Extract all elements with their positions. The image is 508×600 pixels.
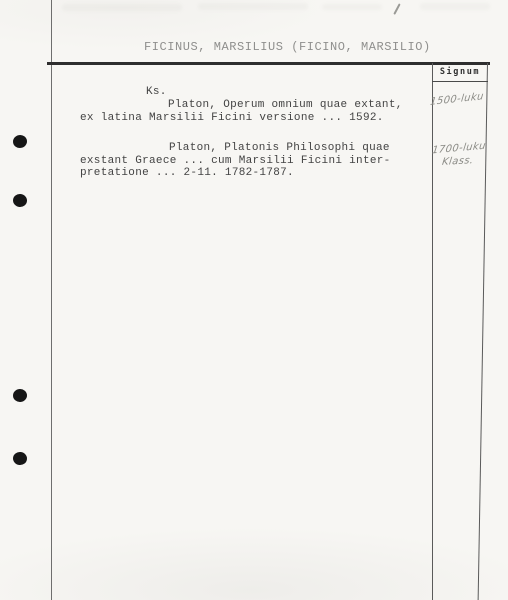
hole-punch-dot — [12, 193, 27, 207]
hole-punch-dot — [12, 451, 27, 466]
pencil-tick-mark — [393, 3, 400, 14]
signum-annotation-1500-luku: 1500-luku — [430, 91, 485, 108]
entry-1-line-1: Platon, Operum omnium quae extant, — [168, 99, 403, 112]
entry-2-line-3: pretatione ... 2-11. 1782-1787. — [80, 167, 294, 180]
signum-column-header: Signum — [432, 67, 488, 77]
bleedthrough-smudge — [420, 3, 490, 10]
left-margin-rule — [51, 0, 52, 600]
hole-punch-dot — [12, 134, 28, 149]
entry-1-line-2: ex latina Marsilii Ficini versione ... 1… — [80, 112, 384, 125]
signum-annotation-1700-luku: 1700-luku — [431, 141, 486, 157]
header-underline-rule — [47, 62, 490, 65]
signum-annotation-klass: Klass. — [441, 155, 474, 168]
collection-mark: Ks. — [146, 86, 167, 99]
card-heading: FICINUS, MARSILIUS (FICINO, MARSILIO) — [144, 40, 431, 54]
signum-column-left-rule — [432, 63, 433, 600]
bleedthrough-smudge — [322, 4, 382, 10]
entry-2-line-1: Platon, Platonis Philosophi quae — [169, 142, 390, 155]
catalog-card-scan: FICINUS, MARSILIUS (FICINO, MARSILIO) Si… — [0, 0, 508, 600]
signum-header-bottom-rule — [432, 81, 488, 82]
bleedthrough-smudge — [62, 4, 182, 11]
hole-punch-dot — [13, 389, 28, 403]
bleedthrough-smudge — [198, 3, 308, 10]
